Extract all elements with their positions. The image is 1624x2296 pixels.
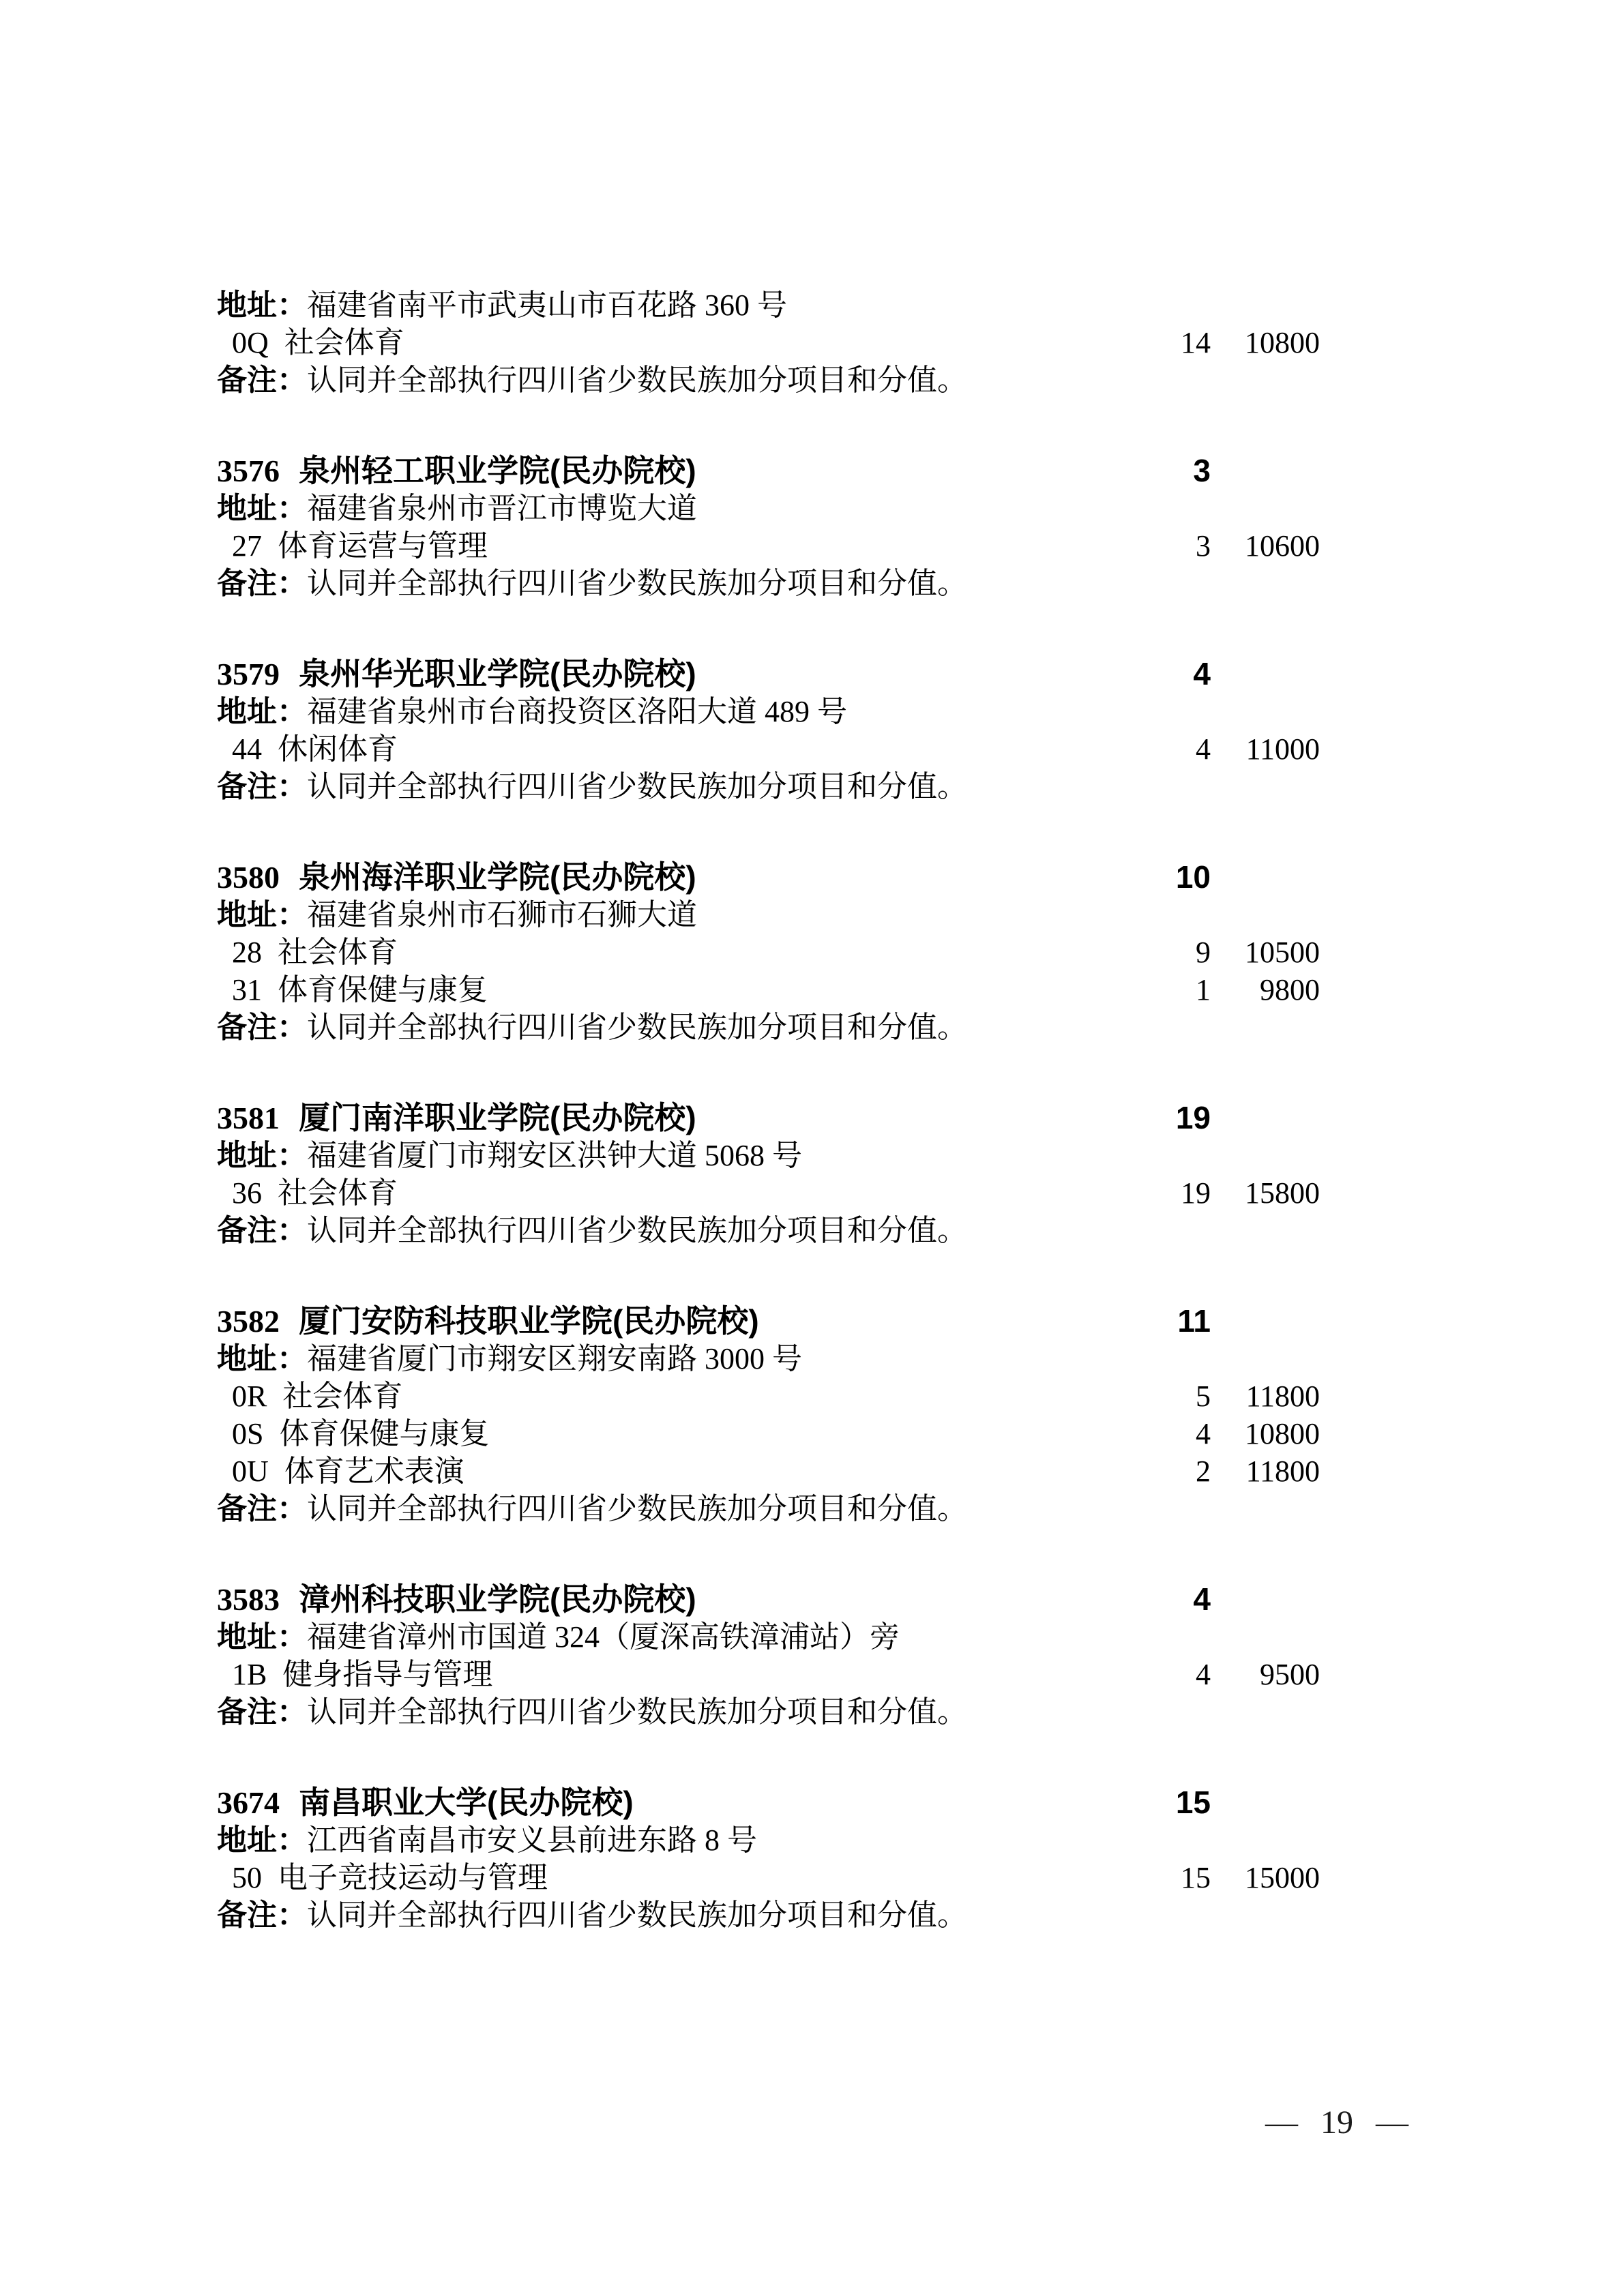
address-text: 福建省泉州市晋江市博览大道 [307,490,697,527]
page-number: 19 [1320,2102,1353,2143]
address-label: 地址： [217,896,307,934]
note-text: 认同并全部执行四川省少数民族加分项目和分值。 [307,565,967,602]
note-label: 备注： [217,1693,307,1731]
school-plan-total: 4 [1129,655,1211,693]
major-name: 健身指导与管理 [282,1656,492,1693]
address-row: 地址：福建省厦门市翔安区翔安南路 3000 号 [217,1340,1320,1377]
address-row: 地址：福建省泉州市台商投资区洛阳大道 489 号 [217,693,1320,730]
major-name: 体育运营与管理 [278,527,488,565]
school-plan-total: 15 [1129,1784,1211,1821]
school-section: 3583漳州科技职业学院(民办院校) 4 地址：福建省漳州市国道 324（厦深高… [217,1581,1320,1731]
major-code: 28 [217,934,262,971]
major-name: 体育保健与康复 [278,971,488,1009]
note-text: 认同并全部执行四川省少数民族加分项目和分值。 [307,1490,967,1527]
school-name: 漳州科技职业学院(民办院校) [299,1581,696,1618]
address-label: 地址： [217,693,307,730]
school-header-row: 3581厦门南洋职业学院(民办院校) 19 [217,1099,1320,1137]
major-name: 社会体育 [282,1377,402,1415]
school-name: 厦门安防科技职业学院(民办院校) [299,1302,759,1340]
note-label: 备注： [217,565,307,602]
address-label: 地址： [217,286,307,324]
major-tuition: 11800 [1211,1452,1320,1490]
school-code: 3581 [217,1099,280,1137]
school-name: 泉州华光职业学院(民办院校) [299,655,696,693]
major-plan-count: 4 [1129,1415,1211,1452]
school-name: 泉州海洋职业学院(民办院校) [299,859,696,896]
note-row: 备注：认同并全部执行四川省少数民族加分项目和分值。 [217,1896,1320,1934]
address-label: 地址： [217,1340,307,1377]
note-label: 备注： [217,1212,307,1249]
major-code: 0U [217,1452,269,1490]
major-code: 44 [217,730,262,768]
major-code: 0S [217,1415,263,1452]
footer-dash-left: — [1265,2102,1298,2143]
major-plan-count: 1 [1129,971,1211,1009]
note-label: 备注： [217,361,307,399]
major-name: 社会体育 [278,934,398,971]
major-code: 36 [217,1174,262,1212]
note-text: 认同并全部执行四川省少数民族加分项目和分值。 [307,1009,967,1046]
address-text: 福建省南平市武夷山市百花路 360 号 [307,286,787,324]
major-plan-count: 19 [1129,1174,1211,1212]
major-tuition: 10500 [1211,934,1320,971]
school-name: 厦门南洋职业学院(民办院校) [299,1099,696,1137]
note-row: 备注：认同并全部执行四川省少数民族加分项目和分值。 [217,1693,1320,1731]
school-code: 3582 [217,1302,280,1340]
major-row: 0S体育保健与康复 4 10800 [217,1415,1320,1452]
school-code: 3674 [217,1784,280,1821]
address-row: 地址：福建省厦门市翔安区洪钟大道 5068 号 [217,1137,1320,1174]
school-section: 地址：福建省南平市武夷山市百花路 360 号 0Q社会体育 14 10800 备… [217,286,1320,399]
major-name: 体育保健与康复 [279,1415,489,1452]
school-header-row: 3576泉州轻工职业学院(民办院校) 3 [217,452,1320,490]
school-section: 3579泉州华光职业学院(民办院校) 4 地址：福建省泉州市台商投资区洛阳大道 … [217,655,1320,805]
major-tuition: 9800 [1211,971,1320,1009]
address-label: 地址： [217,1618,307,1656]
address-row: 地址：福建省漳州市国道 324（厦深高铁漳浦站）旁 [217,1618,1320,1656]
document-page: 地址：福建省南平市武夷山市百花路 360 号 0Q社会体育 14 10800 备… [0,0,1624,2296]
major-row: 36社会体育 19 15800 [217,1174,1320,1212]
address-text: 福建省厦门市翔安区翔安南路 3000 号 [307,1340,802,1377]
note-label: 备注： [217,1896,307,1934]
major-name: 休闲体育 [278,730,398,768]
major-name: 体育艺术表演 [284,1452,464,1490]
note-label: 备注： [217,1009,307,1046]
school-section: 3674南昌职业大学(民办院校) 15 地址：江西省南昌市安义县前进东路 8 号… [217,1784,1320,1934]
school-code: 3580 [217,859,280,896]
address-label: 地址： [217,1137,307,1174]
school-name: 泉州轻工职业学院(民办院校) [299,452,696,490]
major-row: 50电子竞技运动与管理 15 15000 [217,1859,1320,1896]
note-text: 认同并全部执行四川省少数民族加分项目和分值。 [307,1896,967,1934]
major-tuition: 11000 [1211,730,1320,768]
note-row: 备注：认同并全部执行四川省少数民族加分项目和分值。 [217,361,1320,399]
footer-dash-right: — [1376,2102,1408,2143]
major-tuition: 9500 [1211,1656,1320,1693]
note-row: 备注：认同并全部执行四川省少数民族加分项目和分值。 [217,1009,1320,1046]
major-plan-count: 4 [1129,1656,1211,1693]
page-footer: — 19 — [1265,2102,1408,2143]
major-tuition: 10800 [1211,1415,1320,1452]
school-section: 3580泉州海洋职业学院(民办院校) 10 地址：福建省泉州市石狮市石狮大道 2… [217,859,1320,1046]
school-name: 南昌职业大学(民办院校) [299,1784,634,1821]
school-plan-total: 3 [1129,452,1211,490]
address-label: 地址： [217,1821,307,1859]
school-plan-total: 4 [1129,1581,1211,1618]
major-code: 31 [217,971,262,1009]
major-plan-count: 2 [1129,1452,1211,1490]
school-header-row: 3583漳州科技职业学院(民办院校) 4 [217,1581,1320,1618]
school-section: 3576泉州轻工职业学院(民办院校) 3 地址：福建省泉州市晋江市博览大道 27… [217,452,1320,602]
school-section: 3582厦门安防科技职业学院(民办院校) 11 地址：福建省厦门市翔安区翔安南路… [217,1302,1320,1527]
note-text: 认同并全部执行四川省少数民族加分项目和分值。 [307,768,967,805]
major-plan-count: 5 [1129,1377,1211,1415]
major-row: 27体育运营与管理 3 10600 [217,527,1320,565]
major-plan-count: 9 [1129,934,1211,971]
major-row: 31体育保健与康复 1 9800 [217,971,1320,1009]
address-text: 福建省泉州市台商投资区洛阳大道 489 号 [307,693,847,730]
major-tuition: 11800 [1211,1377,1320,1415]
address-text: 江西省南昌市安义县前进东路 8 号 [307,1821,757,1859]
major-tuition: 15000 [1211,1859,1320,1896]
note-label: 备注： [217,768,307,805]
major-tuition: 10600 [1211,527,1320,565]
address-row: 地址：福建省泉州市晋江市博览大道 [217,490,1320,527]
major-plan-count: 4 [1129,730,1211,768]
major-plan-count: 14 [1129,324,1211,361]
address-row: 地址：福建省南平市武夷山市百花路 360 号 [217,286,1320,324]
school-code: 3576 [217,452,280,490]
school-plan-total: 19 [1129,1099,1211,1137]
major-name: 社会体育 [278,1174,398,1212]
address-row: 地址：江西省南昌市安义县前进东路 8 号 [217,1821,1320,1859]
school-code: 3583 [217,1581,280,1618]
school-header-row: 3579泉州华光职业学院(民办院校) 4 [217,655,1320,693]
major-code: 1B [217,1656,267,1693]
note-text: 认同并全部执行四川省少数民族加分项目和分值。 [307,361,967,399]
note-text: 认同并全部执行四川省少数民族加分项目和分值。 [307,1693,967,1731]
note-row: 备注：认同并全部执行四川省少数民族加分项目和分值。 [217,768,1320,805]
address-row: 地址：福建省泉州市石狮市石狮大道 [217,896,1320,934]
major-tuition: 15800 [1211,1174,1320,1212]
note-row: 备注：认同并全部执行四川省少数民族加分项目和分值。 [217,1212,1320,1249]
address-text: 福建省漳州市国道 324（厦深高铁漳浦站）旁 [307,1618,900,1656]
note-text: 认同并全部执行四川省少数民族加分项目和分值。 [307,1212,967,1249]
school-header-row: 3582厦门安防科技职业学院(民办院校) 11 [217,1302,1320,1340]
major-name: 社会体育 [284,324,404,361]
major-code: 27 [217,527,262,565]
major-row: 0Q社会体育 14 10800 [217,324,1320,361]
major-plan-count: 3 [1129,527,1211,565]
school-header-row: 3580泉州海洋职业学院(民办院校) 10 [217,859,1320,896]
school-code: 3579 [217,655,280,693]
major-row: 0U体育艺术表演 2 11800 [217,1452,1320,1490]
major-plan-count: 15 [1129,1859,1211,1896]
address-label: 地址： [217,490,307,527]
note-row: 备注：认同并全部执行四川省少数民族加分项目和分值。 [217,1490,1320,1527]
major-name: 电子竞技运动与管理 [278,1859,548,1896]
major-code: 0Q [217,324,269,361]
major-row: 0R社会体育 5 11800 [217,1377,1320,1415]
major-row: 28社会体育 9 10500 [217,934,1320,971]
major-code: 0R [217,1377,267,1415]
note-label: 备注： [217,1490,307,1527]
school-plan-total: 10 [1129,859,1211,896]
address-text: 福建省泉州市石狮市石狮大道 [307,896,697,934]
note-row: 备注：认同并全部执行四川省少数民族加分项目和分值。 [217,565,1320,602]
school-header-row: 3674南昌职业大学(民办院校) 15 [217,1784,1320,1821]
admission-plan-list: 地址：福建省南平市武夷山市百花路 360 号 0Q社会体育 14 10800 备… [217,286,1320,1934]
major-row: 1B健身指导与管理 4 9500 [217,1656,1320,1693]
major-row: 44休闲体育 4 11000 [217,730,1320,768]
major-tuition: 10800 [1211,324,1320,361]
address-text: 福建省厦门市翔安区洪钟大道 5068 号 [307,1137,802,1174]
school-plan-total: 11 [1129,1302,1211,1340]
major-code: 50 [217,1859,262,1896]
school-section: 3581厦门南洋职业学院(民办院校) 19 地址：福建省厦门市翔安区洪钟大道 5… [217,1099,1320,1249]
